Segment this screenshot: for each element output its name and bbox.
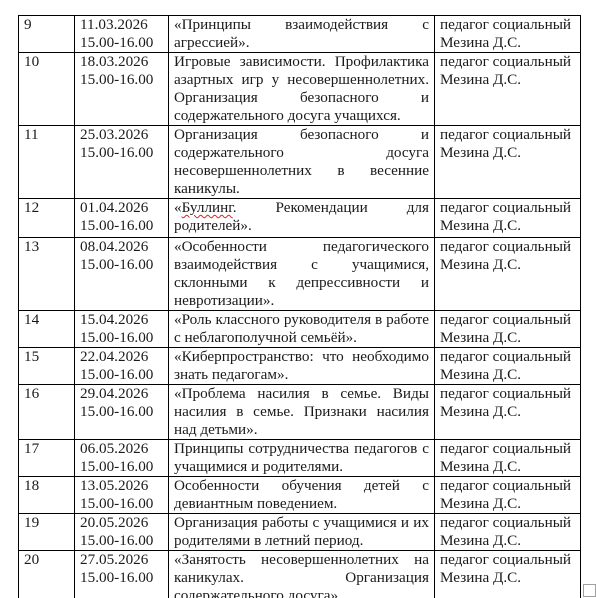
row-number: 13 — [19, 238, 75, 311]
responsible-role: педагог социальный — [440, 514, 575, 532]
event-time: 15.00-16.00 — [80, 256, 163, 274]
event-date: 18.03.2026 — [80, 53, 163, 71]
date-cell: 20.05.2026 15.00-16.00 — [75, 514, 169, 551]
responsible-name: Мезина Д.С. — [440, 458, 575, 476]
event-time: 15.00-16.00 — [80, 403, 163, 421]
date-cell: 06.05.2026 15.00-16.00 — [75, 440, 169, 477]
responsible-name: Мезина Д.С. — [440, 403, 575, 421]
responsible-name: Мезина Д.С. — [440, 569, 575, 587]
event-date: 25.03.2026 — [80, 126, 163, 144]
date-cell: 13.05.2026 15.00-16.00 — [75, 477, 169, 514]
table-row: 10 18.03.2026 15.00-16.00 Игровые зависи… — [19, 53, 581, 126]
responsible-role: педагог социальный — [440, 311, 575, 329]
row-number: 14 — [19, 311, 75, 348]
table-row: 13 08.04.2026 15.00-16.00 «Особенности п… — [19, 238, 581, 311]
event-time: 15.00-16.00 — [80, 71, 163, 89]
responsible-role: педагог социальный — [440, 126, 575, 144]
event-time: 15.00-16.00 — [80, 217, 163, 235]
row-number: 11 — [19, 126, 75, 199]
responsible-role: педагог социальный — [440, 551, 575, 569]
event-time: 15.00-16.00 — [80, 458, 163, 476]
row-number: 17 — [19, 440, 75, 477]
date-cell: 01.04.2026 15.00-16.00 — [75, 199, 169, 238]
table-row: 14 15.04.2026 15.00-16.00 «Роль классног… — [19, 311, 581, 348]
responsible-role: педагог социальный — [440, 199, 575, 217]
topic-cell: Особенности обучения детей с девиантным … — [169, 477, 435, 514]
topic-prefix: « — [174, 199, 182, 216]
responsible-cell: педагог социальный Мезина Д.С. — [435, 311, 581, 348]
row-number: 12 — [19, 199, 75, 238]
responsible-cell: педагог социальный Мезина Д.С. — [435, 126, 581, 199]
responsible-role: педагог социальный — [440, 53, 575, 71]
topic-cell: Организация работы с учащимися и их роди… — [169, 514, 435, 551]
table-row: 17 06.05.2026 15.00-16.00 Принципы сотру… — [19, 440, 581, 477]
responsible-name: Мезина Д.С. — [440, 71, 575, 89]
responsible-cell: педагог социальный Мезина Д.С. — [435, 551, 581, 598]
responsible-role: педагог социальный — [440, 440, 575, 458]
date-cell: 29.04.2026 15.00-16.00 — [75, 385, 169, 440]
topic-cell: «Киберпространство: что необходимо знать… — [169, 348, 435, 385]
table-row: 9 11.03.2026 15.00-16.00 «Принципы взаим… — [19, 16, 581, 53]
event-date: 06.05.2026 — [80, 440, 163, 458]
event-date: 08.04.2026 — [80, 238, 163, 256]
topic-cell: Принципы сотрудничества педагогов с учащ… — [169, 440, 435, 477]
event-date: 22.04.2026 — [80, 348, 163, 366]
table-row: 18 13.05.2026 15.00-16.00 Особенности об… — [19, 477, 581, 514]
event-time: 15.00-16.00 — [80, 569, 163, 587]
date-cell: 18.03.2026 15.00-16.00 — [75, 53, 169, 126]
responsible-cell: педагог социальный Мезина Д.С. — [435, 238, 581, 311]
topic-cell: «Занятость несовершеннолетних на каникул… — [169, 551, 435, 598]
topic-cell: Игровые зависимости. Профилактика азартн… — [169, 53, 435, 126]
responsible-name: Мезина Д.С. — [440, 256, 575, 274]
table-row: 16 29.04.2026 15.00-16.00 «Проблема наси… — [19, 385, 581, 440]
topic-cell: «Особенности педагогического взаимодейст… — [169, 238, 435, 311]
responsible-name: Мезина Д.С. — [440, 532, 575, 550]
event-time: 15.00-16.00 — [80, 329, 163, 347]
responsible-cell: педагог социальный Мезина Д.С. — [435, 477, 581, 514]
row-number: 20 — [19, 551, 75, 598]
responsible-cell: педагог социальный Мезина Д.С. — [435, 385, 581, 440]
topic-cell: «Буллинг. Рекомендации для родителей». — [169, 199, 435, 238]
topic-cell: «Проблема насилия в семье. Виды насилия … — [169, 385, 435, 440]
responsible-role: педагог социальный — [440, 348, 575, 366]
table-resize-handle-icon[interactable] — [583, 584, 596, 597]
topic-cell: «Принципы взаимодействия с агрессией». — [169, 16, 435, 53]
event-time: 15.00-16.00 — [80, 144, 163, 162]
event-time: 15.00-16.00 — [80, 532, 163, 550]
responsible-role: педагог социальный — [440, 16, 575, 34]
date-cell: 25.03.2026 15.00-16.00 — [75, 126, 169, 199]
responsible-cell: педагог социальный Мезина Д.С. — [435, 199, 581, 238]
table-row: 20 27.05.2026 15.00-16.00 «Занятость нес… — [19, 551, 581, 598]
row-number: 18 — [19, 477, 75, 514]
responsible-name: Мезина Д.С. — [440, 144, 575, 162]
row-number: 9 — [19, 16, 75, 53]
responsible-cell: педагог социальный Мезина Д.С. — [435, 440, 581, 477]
responsible-name: Мезина Д.С. — [440, 329, 575, 347]
responsible-name: Мезина Д.С. — [440, 495, 575, 513]
event-date: 13.05.2026 — [80, 477, 163, 495]
table-row: 15 22.04.2026 15.00-16.00 «Киберпростран… — [19, 348, 581, 385]
row-number: 15 — [19, 348, 75, 385]
responsible-role: педагог социальный — [440, 238, 575, 256]
event-time: 15.00-16.00 — [80, 495, 163, 513]
responsible-name: Мезина Д.С. — [440, 34, 575, 52]
spellcheck-flagged-word[interactable]: Буллинг — [182, 199, 233, 216]
table-row: 19 20.05.2026 15.00-16.00 Организация ра… — [19, 514, 581, 551]
table-row: 12 01.04.2026 15.00-16.00 «Буллинг. Реко… — [19, 199, 581, 238]
row-number: 19 — [19, 514, 75, 551]
document-page: 9 11.03.2026 15.00-16.00 «Принципы взаим… — [0, 0, 596, 598]
event-date: 11.03.2026 — [80, 16, 163, 34]
responsible-name: Мезина Д.С. — [440, 366, 575, 384]
row-number: 10 — [19, 53, 75, 126]
date-cell: 08.04.2026 15.00-16.00 — [75, 238, 169, 311]
row-number: 16 — [19, 385, 75, 440]
date-cell: 27.05.2026 15.00-16.00 — [75, 551, 169, 598]
schedule-table: 9 11.03.2026 15.00-16.00 «Принципы взаим… — [18, 15, 581, 598]
date-cell: 11.03.2026 15.00-16.00 — [75, 16, 169, 53]
responsible-cell: педагог социальный Мезина Д.С. — [435, 348, 581, 385]
responsible-cell: педагог социальный Мезина Д.С. — [435, 514, 581, 551]
responsible-name: Мезина Д.С. — [440, 217, 575, 235]
date-cell: 22.04.2026 15.00-16.00 — [75, 348, 169, 385]
event-time: 15.00-16.00 — [80, 366, 163, 384]
responsible-role: педагог социальный — [440, 477, 575, 495]
event-date: 27.05.2026 — [80, 551, 163, 569]
responsible-role: педагог социальный — [440, 385, 575, 403]
event-time: 15.00-16.00 — [80, 34, 163, 52]
responsible-cell: педагог социальный Мезина Д.С. — [435, 16, 581, 53]
event-date: 01.04.2026 — [80, 199, 163, 217]
event-date: 15.04.2026 — [80, 311, 163, 329]
table-row: 11 25.03.2026 15.00-16.00 Организация бе… — [19, 126, 581, 199]
topic-cell: «Роль классного руководителя в работе с … — [169, 311, 435, 348]
responsible-cell: педагог социальный Мезина Д.С. — [435, 53, 581, 126]
topic-cell: Организация безопасного и содержательног… — [169, 126, 435, 199]
date-cell: 15.04.2026 15.00-16.00 — [75, 311, 169, 348]
event-date: 20.05.2026 — [80, 514, 163, 532]
event-date: 29.04.2026 — [80, 385, 163, 403]
